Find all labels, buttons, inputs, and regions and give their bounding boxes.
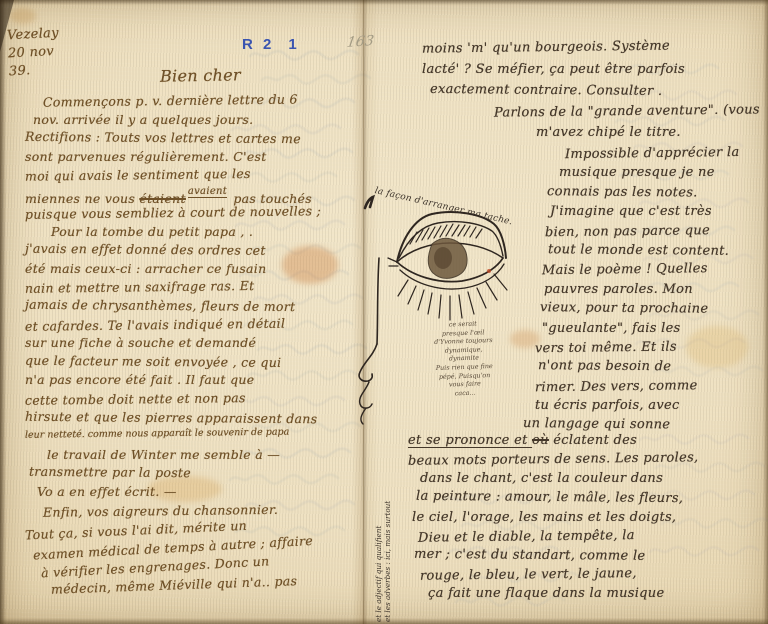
salutation: Bien cher bbox=[160, 65, 241, 85]
handwritten-line: transmettre par la poste bbox=[29, 464, 321, 485]
handwritten-line: connais pas les notes. bbox=[547, 184, 740, 205]
handwritten-line: été mais ceux-ci : arracher ce fusain bbox=[25, 261, 321, 280]
handwritten-line: "gueulante", fais les bbox=[542, 321, 740, 340]
stamp-number: 1 bbox=[288, 36, 299, 53]
inserted-word: avaient bbox=[188, 186, 227, 198]
handwritten-line: Parlons de la "grande aventure". (vous bbox=[494, 102, 760, 126]
handwritten-line: m'avez chipé le titre. bbox=[536, 125, 760, 146]
right-page-aventure: Parlons de la "grande aventure". (vousm'… bbox=[494, 104, 760, 145]
handwritten-line: exactement contraire. Consulter . bbox=[430, 82, 685, 106]
handwritten-line: Impossible d'apprécier la bbox=[565, 145, 740, 167]
vertical-margin-notes: et le adjectif qui qualifientet les adve… bbox=[374, 440, 392, 622]
handwritten-line: Rectifions : Touts vos lettres et cartes… bbox=[25, 129, 301, 150]
corrected-line: miennes ne vous étaientavaient pas touch… bbox=[25, 186, 312, 205]
center-fold-crease bbox=[363, 0, 364, 624]
handwritten-line: le travail de Winter me semble à — bbox=[47, 447, 321, 466]
handwritten-line: lacté' ? Se méfier, ça peut être parfois bbox=[422, 62, 685, 84]
handwritten-line: vers toi même. Et ils bbox=[535, 339, 740, 361]
handwritten-line: rouge, le bleu, le vert, le jaune, bbox=[420, 565, 699, 588]
dateline-year: 39. bbox=[9, 61, 62, 82]
paper-edge bbox=[0, 0, 768, 5]
handwritten-line: sont parvenues régulièrement. C'est bbox=[25, 149, 301, 168]
handwritten-line: pauvres paroles. Mon bbox=[544, 282, 740, 301]
handwritten-line: moi qui avais le sentiment que les bbox=[25, 166, 301, 188]
right-page-column: Impossible d'apprécier lamusique presque… bbox=[535, 146, 740, 437]
handwritten-line: tu écris parfois, avec bbox=[535, 398, 740, 417]
handwritten-line: Mais le poème ! Quelles bbox=[542, 261, 740, 283]
struck-word: étaient bbox=[139, 191, 185, 206]
handwritten-line: jamais de chrysanthèmes, fleurs de mort bbox=[25, 297, 321, 318]
left-page-paragraph-1: Commençons p. v. dernière lettre du 6nov… bbox=[25, 93, 301, 186]
right-page-bottom: beaux mots porteurs de sens. Les paroles… bbox=[408, 452, 698, 606]
handwritten-line: et cafardes. Te l'avais indiqué en détai… bbox=[25, 315, 321, 337]
handwritten-line: musique presque je ne bbox=[559, 165, 740, 184]
underlined-fragment: et se prononce et bbox=[408, 433, 532, 448]
left-page-paragraph-2: puisque vous sembliez à court de nouvell… bbox=[25, 205, 321, 595]
paper-edge bbox=[0, 0, 6, 624]
handwritten-line: la peinture : amour, le mâle, les fleurs… bbox=[416, 489, 699, 511]
margin-note-line: et le adjectif qui qualifient bbox=[374, 440, 383, 622]
handwritten-line: que le facteur me soit envoyée , ce qui bbox=[25, 352, 321, 373]
stamp-text: R 2 bbox=[242, 36, 274, 53]
handwritten-line: sur une fiche à souche et demandé bbox=[25, 335, 321, 354]
handwritten-line: Pour la tombe du petit papa , . bbox=[51, 224, 321, 243]
handwritten-line: vieux, pour ta prochaine bbox=[540, 300, 740, 321]
handwritten-line: le ciel, l'orage, les mains et les doigt… bbox=[412, 510, 698, 529]
folio-number: 163 bbox=[346, 33, 375, 51]
right-page-top: moins 'm' qu'un bourgeois. Systèmelacté'… bbox=[422, 40, 685, 105]
handwritten-line: moins 'm' qu'un bourgeois. Système bbox=[422, 38, 685, 63]
handwritten-line: puisque vous sembliez à court de nouvell… bbox=[25, 203, 321, 225]
margin-note-line: et les adverbes : ici, mais surtout bbox=[383, 440, 392, 622]
line-fragment: miennes ne vous bbox=[25, 191, 139, 206]
line-fragment: éclatent des bbox=[549, 433, 637, 448]
corrected-line: et se prononce et où éclatent des bbox=[408, 433, 637, 452]
eye-caption: ce seraitpresque l'œild'Yvonne toujoursd… bbox=[429, 319, 500, 399]
handwritten-line: leur netteté. comme nous apparaît le sou… bbox=[25, 426, 321, 448]
handwritten-line: j'avais en effet donné des ordres cet bbox=[25, 241, 321, 262]
handwritten-line: tout le monde est content. bbox=[548, 242, 740, 263]
handwritten-line: n'ont pas besoin de bbox=[538, 358, 740, 379]
handwritten-line: Vo a en effet écrit. — bbox=[37, 484, 321, 503]
handwritten-line: rimer. Des vers, comme bbox=[535, 377, 740, 399]
handwritten-line: dans le chant, c'est la couleur dans bbox=[420, 471, 698, 490]
handwritten-line: Commençons p. v. dernière lettre du 6 bbox=[43, 91, 301, 113]
paper-edge bbox=[763, 0, 768, 624]
dateline-day: 20 nov bbox=[8, 43, 61, 64]
handwritten-line: beaux mots porteurs de sens. Les paroles… bbox=[408, 450, 699, 473]
handwritten-line: cette tombe doit nette et non pas bbox=[25, 389, 321, 411]
handwritten-line: J'imagine que c'est très bbox=[550, 204, 740, 223]
struck-word: où bbox=[532, 433, 549, 448]
handwritten-line: n'a pas encore été fait . Il faut que bbox=[25, 372, 321, 391]
archive-stamp: R 21 bbox=[242, 36, 300, 53]
handwritten-line: ça fait une flaque dans la musique bbox=[428, 586, 698, 605]
letter-photograph: { "palette": { "paper": "#efe2c2", "ink_… bbox=[0, 0, 768, 624]
dateline: Vezelay 20 nov 39. bbox=[7, 25, 62, 82]
handwritten-line: bien, non pas parce que bbox=[545, 222, 740, 244]
handwritten-line: nov. arrivée il y a quelques jours. bbox=[33, 112, 301, 131]
